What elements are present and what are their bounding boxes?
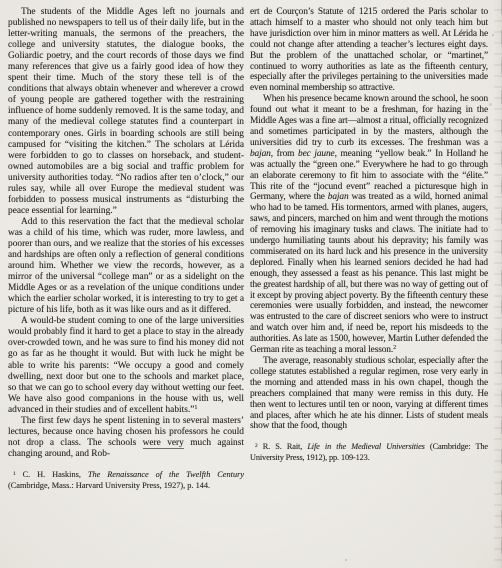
scan-speck [486,394,488,396]
column-left-body: The students of the Middle Ages left no … [8,7,244,460]
paragraph: 2 R. S. Rait, Life in the Medieval Unive… [250,442,488,463]
text-run: was treated as a wild, horned animal who… [250,192,488,355]
text-run: The students of the Middle Ages left no … [8,7,244,216]
text-run: , from [271,149,298,159]
italic-text-run: The Renaissance of the Twelfth Century [88,470,244,479]
paragraph: When his presence became known around th… [250,94,488,356]
italic-text-run: bajan [250,149,271,159]
scan-speck [474,150,477,153]
column-right-footnotes: 2 R. S. Rait, Life in the Medieval Unive… [250,442,488,463]
text-run: C. H. Haskins, [16,470,88,479]
scan-speck [471,330,474,333]
footnote-marker: 1 [194,405,197,411]
text-run: When his presence became known around th… [250,94,488,148]
text-run: A would-be student coming to one of the … [8,316,244,414]
text-run: R. S. Rait, [258,442,308,451]
italic-text-run: Life in the Medieval Universities [307,442,424,451]
paragraph: The average, reasonably studious scholar… [250,356,488,432]
footnote-marker: 2 [393,345,396,351]
scan-edge-noise [494,0,502,568]
column-left-footnotes: 1 C. H. Haskins, The Renaissance of the … [8,470,244,491]
scan-speck [492,34,494,36]
italic-text-run: bajan [328,192,349,202]
scan-speck [345,559,347,561]
paragraph: The first few days he spent listening in… [8,416,244,460]
book-page: The students of the Middle Ages left no … [0,0,502,568]
footnote-marker: 2 [255,443,258,449]
text-run: Add to this reservation the fact that th… [8,217,244,315]
column-left: The students of the Middle Ages left no … [8,7,244,491]
italic-text-run: bec jaune [298,149,335,159]
text-run: (Cambridge, Mass.: Harvard University Pr… [8,481,210,490]
scan-speck [488,226,490,228]
paragraph: ert de Courçon’s Statute of 1215 ordered… [250,7,488,94]
text-run: ert de Courçon’s Statute of 1215 ordered… [250,7,488,93]
text-run: The average, reasonably studious scholar… [250,356,488,431]
scan-speck [479,42,481,44]
column-right: ert de Courçon’s Statute of 1215 ordered… [250,7,488,464]
scan-speck [489,103,492,106]
paragraph: The students of the Middle Ages left no … [8,7,244,217]
underlined-text-run: were very [143,438,184,449]
footnote-marker: 1 [13,471,16,477]
column-right-body: ert de Courçon’s Statute of 1215 ordered… [250,7,488,432]
paragraph: Add to this reservation the fact that th… [8,217,244,316]
paragraph: A would-be student coming to one of the … [8,316,244,415]
paragraph: 1 C. H. Haskins, The Renaissance of the … [8,470,244,491]
